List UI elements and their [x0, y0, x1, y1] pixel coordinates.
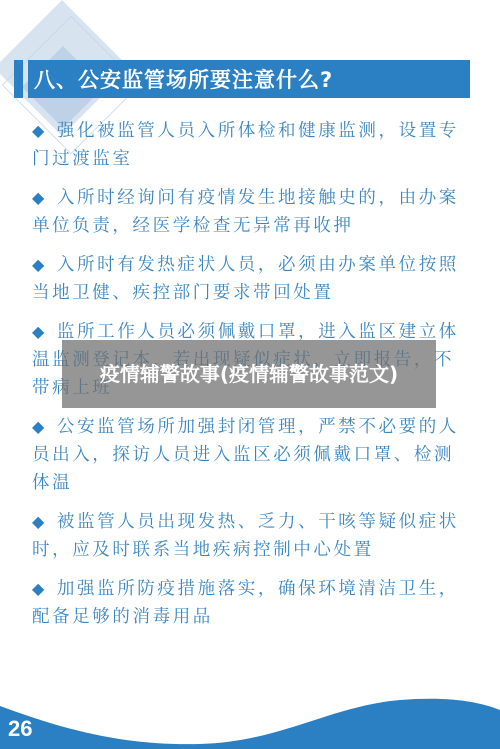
page-number: 26 — [8, 716, 32, 742]
list-item: ◆加强监所防疫措施落实，确保环境清洁卫生，配备足够的消毒用品 — [32, 575, 462, 631]
diamond-bullet-icon: ◆ — [32, 417, 47, 436]
list-item: ◆入所时经询问有疫情发生地接触史的，由办案单位负责，经医学检查无异常再收押 — [32, 184, 462, 240]
diamond-bullet-icon: ◆ — [32, 188, 47, 207]
title-accent-bar — [14, 60, 23, 98]
list-item: ◆被监管人员出现发热、乏力、干咳等疑似症状时，应及时联系当地疾病控制中心处置 — [32, 508, 462, 564]
diamond-bullet-icon: ◆ — [32, 255, 47, 274]
diamond-bullet-icon: ◆ — [32, 579, 47, 598]
footer-wave — [0, 688, 500, 749]
list-item: ◆公安监管场所加强封闭管理，严禁不必要的人员出入，探访人员进入监区必须佩戴口罩、… — [32, 413, 462, 497]
diamond-bullet-icon: ◆ — [32, 121, 47, 140]
title-banner: 八、公安监管场所要注意什么? — [28, 60, 470, 98]
list-item: ◆强化被监管人员入所体检和健康监测，设置专门过渡监室 — [32, 117, 462, 173]
caption-overlay: 疫情辅警故事(疫情辅警故事范文) — [62, 340, 436, 408]
slide-title: 八、公安监管场所要注意什么? — [34, 64, 333, 94]
diamond-bullet-icon: ◆ — [32, 322, 47, 341]
list-item: ◆入所时有发热症状人员，必须由办案单位按照当地卫健、疾控部门要求带回处置 — [32, 251, 462, 307]
caption-text: 疫情辅警故事(疫情辅警故事范文) — [84, 362, 414, 386]
diamond-bullet-icon: ◆ — [32, 512, 47, 531]
